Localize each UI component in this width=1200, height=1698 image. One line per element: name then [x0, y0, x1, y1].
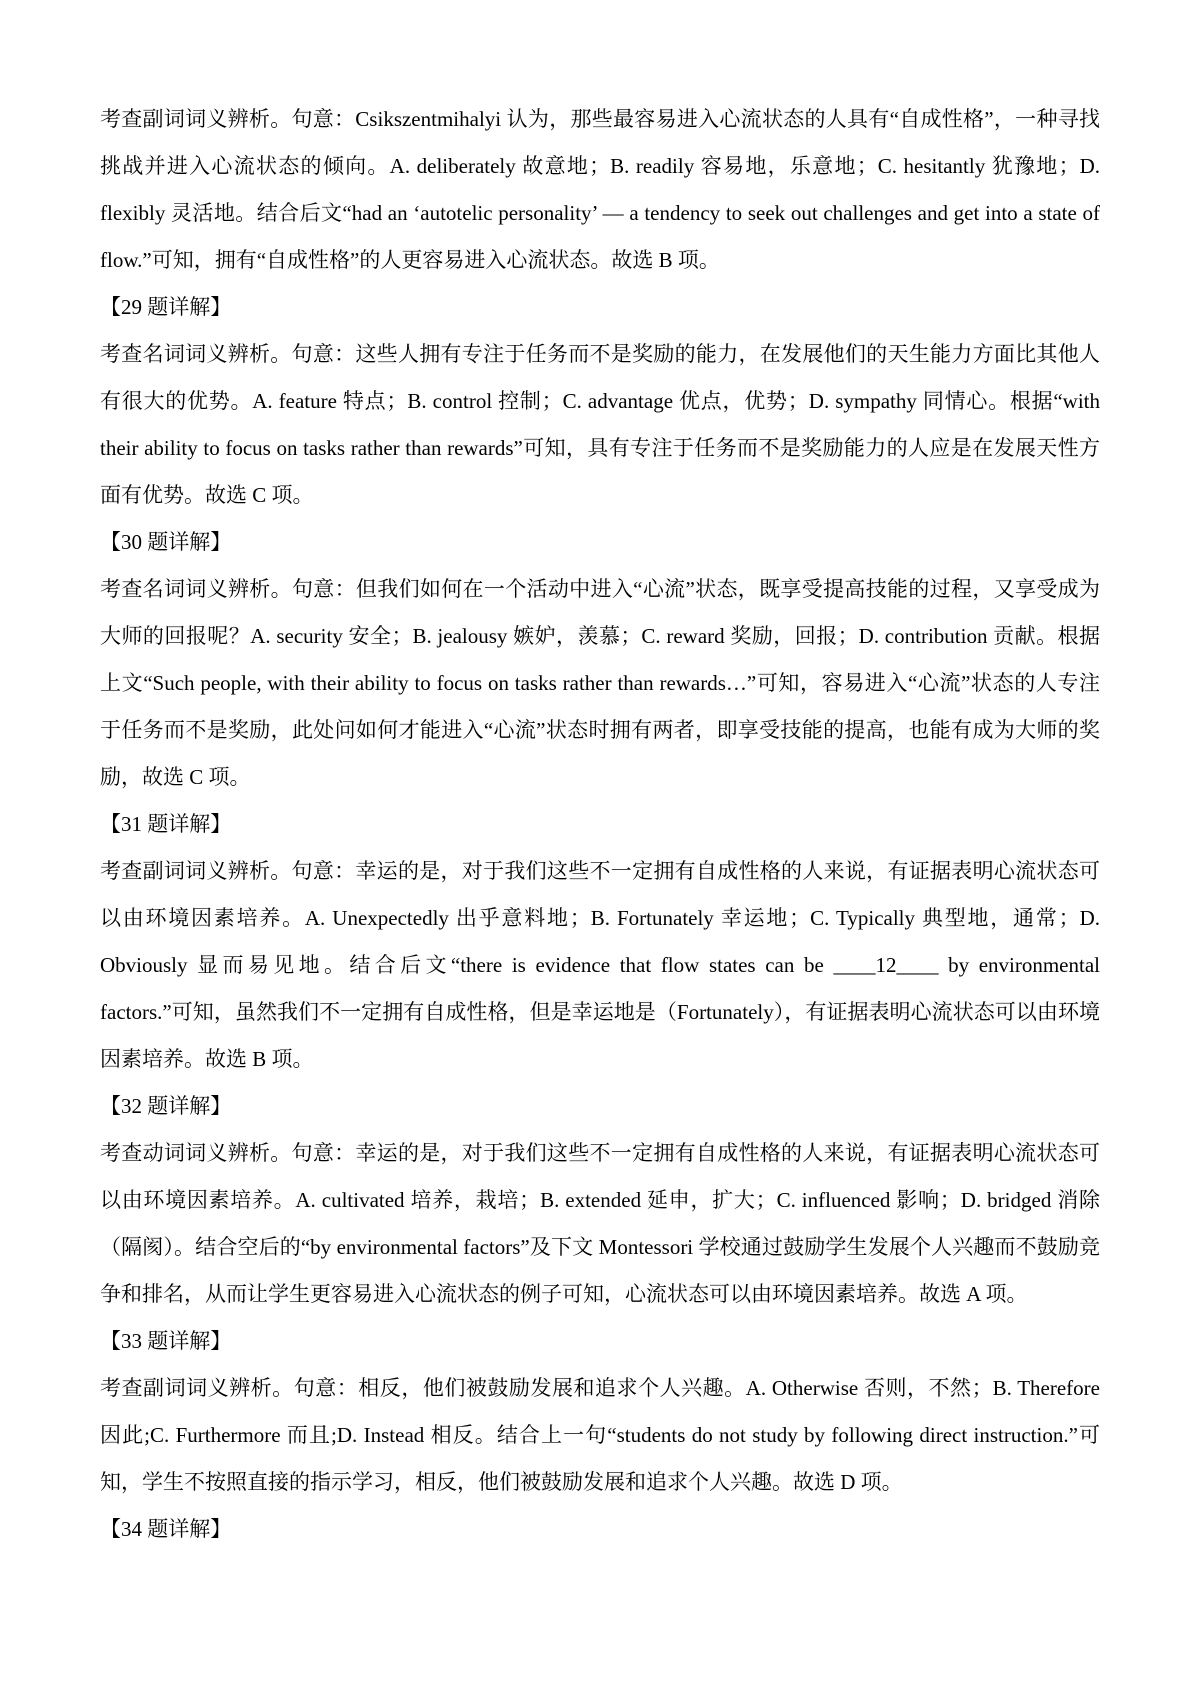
explanation-paragraph-30: 考查名词词义辨析。句意：但我们如何在一个活动中进入“心流”状态，既享受提高技能的… [100, 566, 1100, 801]
heading-question-29: 【29 题详解】 [100, 284, 1100, 331]
document-page: 考查副词词义辨析。句意：Csikszentmihalyi 认为，那些最容易进入心… [0, 0, 1200, 1698]
heading-question-32: 【32 题详解】 [100, 1083, 1100, 1130]
heading-question-30: 【30 题详解】 [100, 519, 1100, 566]
heading-question-34: 【34 题详解】 [100, 1506, 1100, 1553]
heading-question-31: 【31 题详解】 [100, 801, 1100, 848]
explanation-paragraph-28: 考查副词词义辨析。句意：Csikszentmihalyi 认为，那些最容易进入心… [100, 96, 1100, 284]
explanation-paragraph-33: 考查副词词义辨析。句意：相反，他们被鼓励发展和追求个人兴趣。A. Otherwi… [100, 1365, 1100, 1506]
explanation-paragraph-29: 考查名词词义辨析。句意：这些人拥有专注于任务而不是奖励的能力，在发展他们的天生能… [100, 331, 1100, 519]
explanation-paragraph-32: 考查动词词义辨析。句意：幸运的是，对于我们这些不一定拥有自成性格的人来说，有证据… [100, 1130, 1100, 1318]
explanation-paragraph-31: 考查副词词义辨析。句意：幸运的是，对于我们这些不一定拥有自成性格的人来说，有证据… [100, 848, 1100, 1083]
document-content: 考查副词词义辨析。句意：Csikszentmihalyi 认为，那些最容易进入心… [100, 96, 1100, 1553]
heading-question-33: 【33 题详解】 [100, 1318, 1100, 1365]
